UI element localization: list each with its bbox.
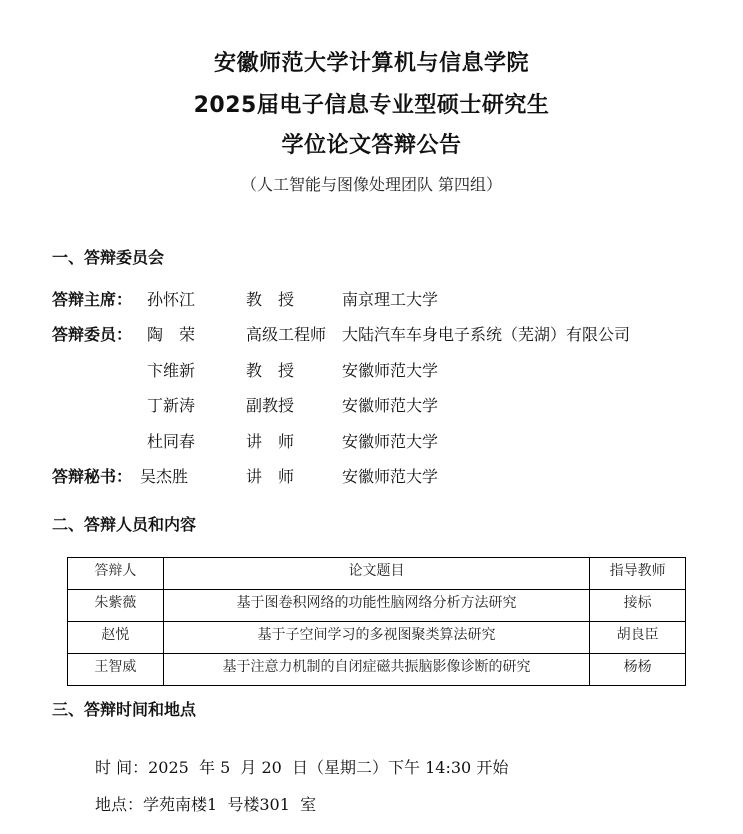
table-row: 赵悦 基于子空间学习的多视图聚类算法研究 胡良臣 [68, 622, 686, 654]
schedule-heading: 三、答辩时间和地点 [52, 697, 196, 720]
member-org: 大陆汽车车身电子系统（芜湖）有限公司 [342, 323, 630, 347]
document-subtitle: （人工智能与图像处理团队 第四组） [0, 172, 743, 195]
table-header-row: 答辩人 论文题目 指导教师 [68, 558, 686, 590]
member-org: 安徽师范大学 [342, 394, 438, 418]
member-org: 南京理工大学 [342, 288, 438, 312]
document-title-line2: 2025届电子信息专业型硕士研究生 [0, 88, 743, 119]
member-role: 答辩主席： [52, 288, 132, 312]
thesis-title: 基于图卷积网络的功能性脑网络分析方法研究 [163, 590, 590, 622]
advisor-name: 杨杨 [590, 654, 686, 686]
member-org: 安徽师范大学 [342, 465, 438, 489]
thesis-title: 基于子空间学习的多视图聚类算法研究 [163, 622, 590, 654]
member-name: 孙怀江 [147, 288, 195, 312]
member-rank: 副教授 [246, 394, 294, 418]
member-role: 答辩委员： [52, 323, 132, 347]
table-row: 王智威 基于注意力机制的自闭症磁共振脑影像诊断的研究 杨杨 [68, 654, 686, 686]
member-name: 杜同春 [147, 430, 195, 454]
column-header-thesis-title: 论文题目 [163, 558, 590, 590]
member-org: 安徽师范大学 [342, 359, 438, 383]
member-name: 卞维新 [147, 359, 195, 383]
member-org: 安徽师范大学 [342, 430, 438, 454]
defense-place: 地点：学苑南楼1 号楼301 室 [95, 792, 316, 815]
member-role: 答辩秘书： [52, 465, 132, 489]
candidates-heading: 二、答辩人员和内容 [52, 512, 196, 535]
document-title-line3: 学位论文答辩公告 [0, 128, 743, 159]
member-rank: 教 授 [246, 288, 294, 312]
document-title-line1: 安徽师范大学计算机与信息学院 [0, 46, 743, 77]
advisor-name: 胡良臣 [590, 622, 686, 654]
candidate-name: 朱紫薇 [68, 590, 164, 622]
member-name: 丁新涛 [147, 394, 195, 418]
member-rank: 讲 师 [246, 465, 294, 489]
candidate-name: 王智威 [68, 654, 164, 686]
committee-heading: 一、答辩委员会 [52, 245, 164, 268]
thesis-title: 基于注意力机制的自闭症磁共振脑影像诊断的研究 [163, 654, 590, 686]
member-name: 陶 荣 [147, 323, 195, 347]
member-rank: 讲 师 [246, 430, 294, 454]
member-name: 吴杰胜 [140, 465, 188, 489]
column-header-advisor: 指导教师 [590, 558, 686, 590]
member-rank: 教 授 [246, 359, 294, 383]
member-rank: 高级工程师 [246, 323, 326, 347]
candidate-name: 赵悦 [68, 622, 164, 654]
defense-time: 时 间：2025 年 5 月 20 日（星期二）下午 14:30 开始 [95, 755, 508, 778]
defense-table: 答辩人 论文题目 指导教师 朱紫薇 基于图卷积网络的功能性脑网络分析方法研究 接… [67, 557, 686, 686]
table-row: 朱紫薇 基于图卷积网络的功能性脑网络分析方法研究 接标 [68, 590, 686, 622]
column-header-candidate: 答辩人 [68, 558, 164, 590]
advisor-name: 接标 [590, 590, 686, 622]
